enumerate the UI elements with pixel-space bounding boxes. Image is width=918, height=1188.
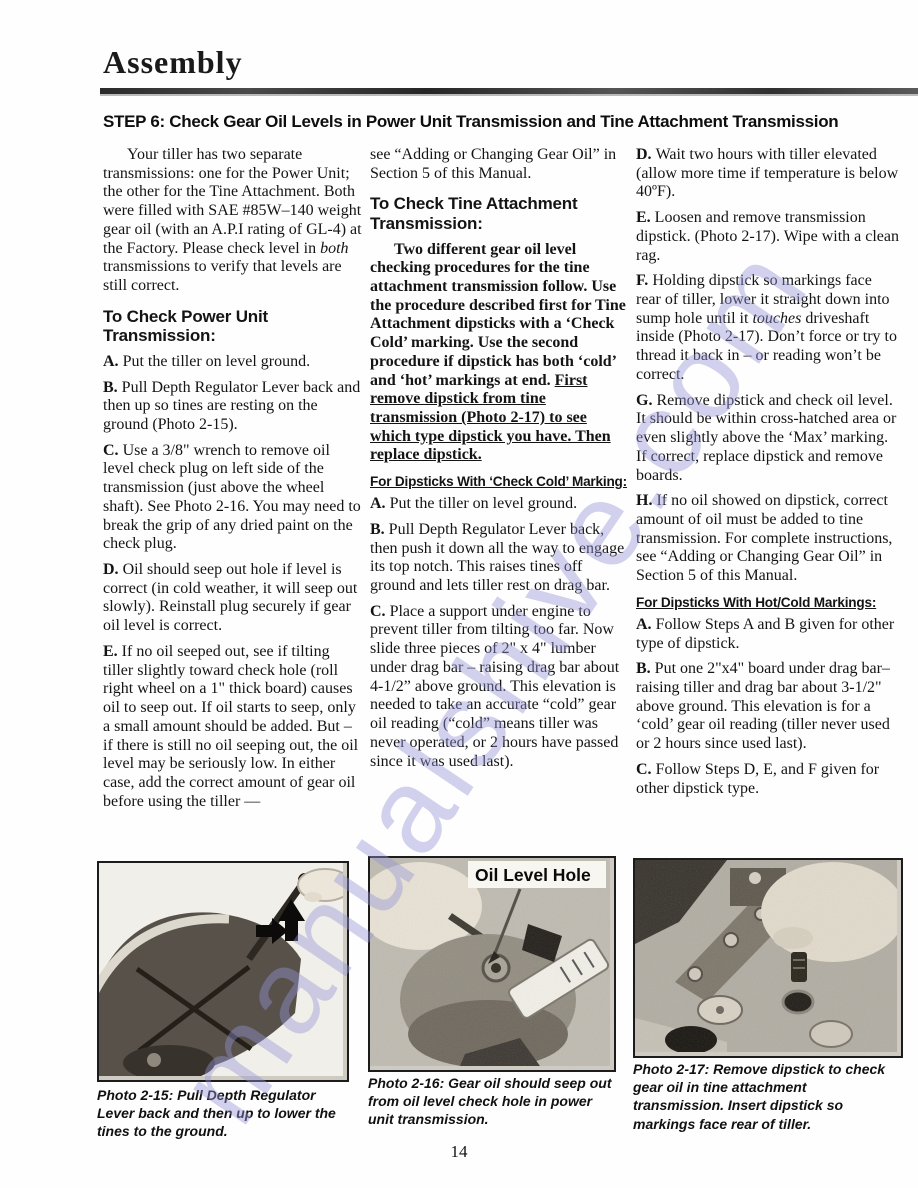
column-2: see “Adding or Changing Gear Oil” in Sec… xyxy=(370,146,629,854)
item-text: Place a support under engine to prevent … xyxy=(370,603,619,770)
item-label: A. xyxy=(370,495,390,512)
instruction-item: G.Remove dipstick and check oil level. I… xyxy=(636,392,900,486)
photo-2-17-caption: Photo 2-17: Remove dipstick to check gea… xyxy=(633,1060,901,1133)
item-text: Loosen and remove transmission dipstick.… xyxy=(636,209,899,263)
instruction-item: A.Follow Steps A and B given for other t… xyxy=(636,616,900,653)
page-number: 14 xyxy=(0,1142,918,1162)
item-text: Wait two hours with tiller elevated (all… xyxy=(636,146,898,200)
continuation-paragraph: see “Adding or Changing Gear Oil” in Sec… xyxy=(370,146,629,183)
column-1: Your tiller has two separate transmissio… xyxy=(103,146,362,854)
hot-cold-subheading: For Dipsticks With Hot/Cold Markings: xyxy=(636,595,900,610)
instruction-item: B.Pull Depth Regulator Lever back, then … xyxy=(370,521,629,596)
item-text: Follow Steps A and B given for other typ… xyxy=(636,616,894,652)
item-text: Use a 3/8" wrench to remove oil level ch… xyxy=(103,442,361,553)
item-label: D. xyxy=(103,561,123,578)
item-label: D. xyxy=(636,146,656,163)
item-label: A. xyxy=(636,616,656,633)
item-label: G. xyxy=(636,392,656,409)
item-label: E. xyxy=(103,643,122,660)
item-label: A. xyxy=(103,353,123,370)
intro-paragraph: Your tiller has two separate transmissio… xyxy=(103,146,362,296)
item-text: Follow Steps D, E, and F given for other… xyxy=(636,761,879,797)
item-text: Put the tiller on level ground. xyxy=(123,353,311,370)
photo-2-16-image: Oil Level Hole xyxy=(370,858,610,1066)
item-italic: touches xyxy=(752,310,801,327)
photo-2-16-caption: Photo 2-16: Gear oil should seep out fro… xyxy=(368,1074,620,1129)
item-label: B. xyxy=(636,660,655,677)
item-text: If no oil showed on dipstick, correct am… xyxy=(636,492,892,584)
item-text: Put the tiller on level ground. xyxy=(390,495,578,512)
instruction-item: C.Place a support under engine to preven… xyxy=(370,603,629,771)
item-label: F. xyxy=(636,272,652,289)
photo-2-17 xyxy=(633,858,903,1058)
photo-2-15-image xyxy=(99,863,343,1076)
instruction-item: B.Pull Depth Regulator Lever back and th… xyxy=(103,379,362,435)
masthead-rule xyxy=(100,88,918,94)
instruction-item: F.Holding dipstick so markings face rear… xyxy=(636,272,900,384)
step-title: STEP 6: Check Gear Oil Levels in Power U… xyxy=(103,112,908,132)
instruction-item: A.Put the tiller on level ground. xyxy=(103,353,362,372)
section-title: Assembly xyxy=(103,44,243,81)
item-label: H. xyxy=(636,492,656,509)
item-label: E. xyxy=(636,209,655,226)
instruction-item: D.Oil should seep out hole if level is c… xyxy=(103,561,362,636)
item-text: Remove dipstick and check oil level. It … xyxy=(636,392,896,484)
tine-intro-paragraph: Two different gear oil level checking pr… xyxy=(370,241,629,466)
power-unit-heading: To Check Power Unit Transmission: xyxy=(103,307,362,346)
instruction-item: D.Wait two hours with tiller elevated (a… xyxy=(636,146,900,202)
intro-italic: both xyxy=(320,240,348,257)
column-3: D.Wait two hours with tiller elevated (a… xyxy=(636,146,900,854)
item-text: If no oil seeped out, see if tilting til… xyxy=(103,643,358,810)
instruction-item: E.Loosen and remove transmission dipstic… xyxy=(636,209,900,265)
oil-level-hole-label: Oil Level Hole xyxy=(475,865,591,885)
item-label: B. xyxy=(103,379,122,396)
manual-page: Assembly STEP 6: Check Gear Oil Levels i… xyxy=(0,0,918,1188)
photo-2-15 xyxy=(97,861,349,1082)
item-text: Oil should seep out hole if level is cor… xyxy=(103,561,357,634)
instruction-item: C.Use a 3/8" wrench to remove oil level … xyxy=(103,442,362,554)
photo-2-15-caption: Photo 2-15: Pull Depth Regulator Lever b… xyxy=(97,1086,349,1141)
tine-attachment-heading: To Check Tine Attachment Transmission: xyxy=(370,194,629,233)
item-text: Pull Depth Regulator Lever back, then pu… xyxy=(370,521,624,594)
item-label: C. xyxy=(370,603,390,620)
instruction-item: B.Put one 2"x4" board under drag bar– ra… xyxy=(636,660,900,754)
item-label: C. xyxy=(103,442,123,459)
intro-text-end: transmissions to verify that levels are … xyxy=(103,258,342,294)
photo-2-16: Oil Level Hole xyxy=(368,856,616,1072)
tine-intro-text: Two different gear oil level checking pr… xyxy=(370,241,626,389)
check-cold-subheading: For Dipsticks With ‘Check Cold’ Marking: xyxy=(370,474,629,489)
item-text: Pull Depth Regulator Lever back and then… xyxy=(103,379,360,433)
photo-2-17-image xyxy=(635,860,897,1052)
instruction-item: E.If no oil seeped out, see if tilting t… xyxy=(103,643,362,811)
item-label: C. xyxy=(636,761,656,778)
instruction-item: H.If no oil showed on dipstick, correct … xyxy=(636,492,900,586)
item-text: Put one 2"x4" board under drag bar– rais… xyxy=(636,660,890,752)
instruction-item: A.Put the tiller on level ground. xyxy=(370,495,629,514)
instruction-item: C.Follow Steps D, E, and F given for oth… xyxy=(636,761,900,798)
item-label: B. xyxy=(370,521,389,538)
